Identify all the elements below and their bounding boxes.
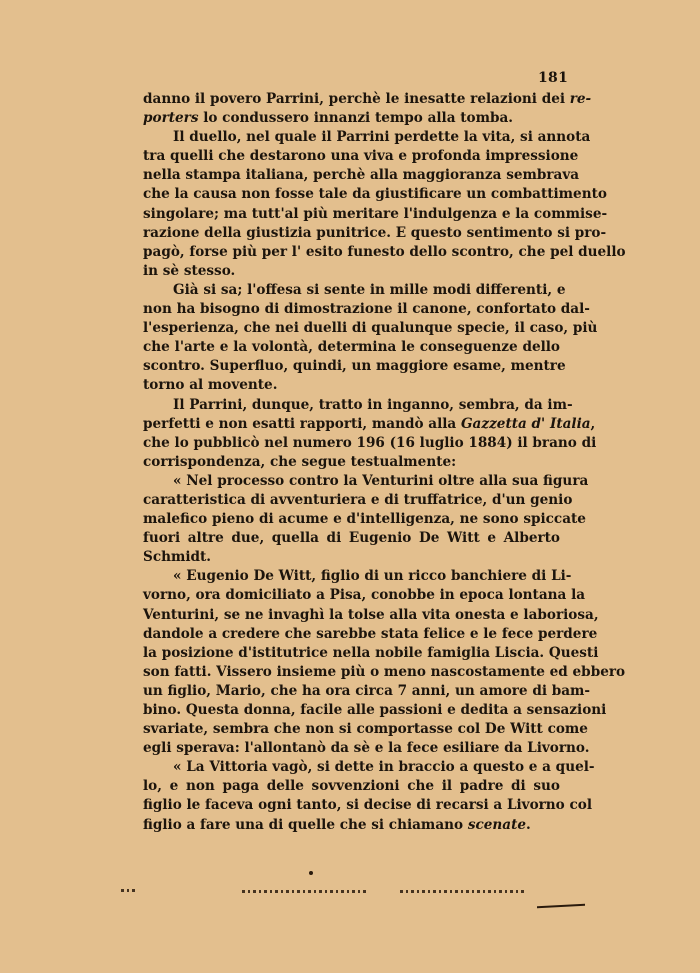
text-run: fuori altre due, quella di Eugenio De Wi… [143,530,560,546]
text-line: scontro. Superfluo, quindi, un maggiore … [143,357,560,376]
text-line: dandole a credere che sarebbe stata feli… [143,625,560,644]
text-line: che lo pubblicò nel numero 196 (16 lugli… [143,434,560,453]
text-line: Il duello, nel quale il Parrini perdette… [143,128,560,147]
text-run: razione della giustizia punitrice. E que… [143,225,606,241]
text-run: figlio le faceva ogni tanto, si decise d… [143,797,592,813]
scan-blemish [400,890,525,893]
text-run: Già si sa; l'offesa si sente in mille mo… [173,282,565,298]
text-run: Il Parrini, dunque, tratto in inganno, s… [173,397,573,413]
text-run: nella stampa italiana, perchè alla maggi… [143,167,579,183]
page-number: 181 [538,70,560,86]
text-run: danno il povero Parrini, perchè le inesa… [143,91,570,107]
text-line: in sè stesso. [143,262,560,281]
text-line: svariate, sembra che non si comportasse … [143,720,560,739]
text-line: l'esperienza, che nei duelli di qualunqu… [143,319,560,338]
text-run: perfetti e non esatti rapporti, mandò al… [143,416,461,432]
text-run: la posizione d'istitutrice nella nobile … [143,645,598,661]
text-run: un figlio, Mario, che ha ora circa 7 ann… [143,683,590,699]
text-line: la posizione d'istitutrice nella nobile … [143,644,560,663]
text-run: , [591,416,596,432]
text-run: in sè stesso. [143,263,235,279]
text-run: che la causa non fosse tale da giustific… [143,186,607,202]
italic-text: Gazzetta d' Italia [461,416,591,432]
text-run: malefico pieno di acume e d'intelligenza… [143,511,586,527]
text-line: caratteristica di avventuriera e di truf… [143,491,560,510]
scanned-book-page: 181 danno il povero Parrini, perchè le i… [0,0,700,973]
text-line: non ha bisogno di dimostrazione il canon… [143,300,560,319]
text-line: son fatti. Vissero insieme più o meno na… [143,663,560,682]
text-run: lo, e non paga delle sovvenzioni che il … [143,778,560,794]
text-line: che l'arte e la volontà, determina le co… [143,338,560,357]
italic-text: re- [570,91,591,107]
text-line: pagò, forse più per l' esito funesto del… [143,243,560,262]
text-line: torno al movente. [143,376,560,395]
text-line: tra quelli che destarono una viva e prof… [143,147,560,166]
text-run: che lo pubblicò nel numero 196 (16 lugli… [143,435,596,451]
text-line: un figlio, Mario, che ha ora circa 7 ann… [143,682,560,701]
text-line: Schmidt. [143,548,560,567]
text-line: danno il povero Parrini, perchè le inesa… [143,90,560,109]
text-run: . [526,817,531,833]
text-line: razione della giustizia punitrice. E que… [143,224,560,243]
text-line: Venturini, se ne invaghì la tolse alla v… [143,606,560,625]
scan-blemish [121,889,135,892]
text-line: « Eugenio De Witt, figlio di un ricco ba… [143,567,560,586]
text-run: son fatti. Vissero insieme più o meno na… [143,664,625,680]
text-run: svariate, sembra che non si comportasse … [143,721,588,737]
text-line: singolare; ma tutt'al più meritare l'ind… [143,205,560,224]
text-run: tra quelli che destarono una viva e prof… [143,148,578,164]
text-run: pagò, forse più per l' esito funesto del… [143,244,626,260]
text-line: figlio le faceva ogni tanto, si decise d… [143,796,560,815]
text-line: vorno, ora domiciliato a Pisa, conobbe i… [143,586,560,605]
text-run: l'esperienza, che nei duelli di qualunqu… [143,320,597,336]
text-run: singolare; ma tutt'al più meritare l'ind… [143,206,607,222]
text-run: bino. Questa donna, facile alle passioni… [143,702,606,718]
text-run: « La Vittoria vagò, si dette in braccio … [173,759,595,775]
text-line: perfetti e non esatti rapporti, mandò al… [143,415,560,434]
text-run: non ha bisogno di dimostrazione il canon… [143,301,590,317]
italic-text: scenate [468,817,526,833]
text-run: caratteristica di avventuriera e di truf… [143,492,572,508]
text-line: egli sperava: l'allontanò da sè e la fec… [143,739,560,758]
text-run: torno al movente. [143,377,277,393]
text-line: figlio a fare una di quelle che si chiam… [143,816,560,835]
text-run: scontro. Superfluo, quindi, un maggiore … [143,358,566,374]
text-run: « Nel processo contro la Venturini oltre… [173,473,588,489]
text-line: corrispondenza, che segue testualmente: [143,453,560,472]
text-run: egli sperava: l'allontanò da sè e la fec… [143,740,589,756]
text-line: che la causa non fosse tale da giustific… [143,185,560,204]
text-run: corrispondenza, che segue testualmente: [143,454,456,470]
text-run: figlio a fare una di quelle che si chiam… [143,817,468,833]
text-run: Il duello, nel quale il Parrini perdette… [173,129,590,145]
body-text: danno il povero Parrini, perchè le inesa… [143,90,560,835]
scan-stroke [537,904,585,909]
text-run: Venturini, se ne invaghì la tolse alla v… [143,607,599,623]
text-line: Il Parrini, dunque, tratto in inganno, s… [143,396,560,415]
text-run: lo condussero innanzi tempo alla tomba. [198,110,513,126]
italic-text: porters [143,110,198,126]
scan-blemish [242,890,367,893]
text-line: fuori altre due, quella di Eugenio De Wi… [143,529,560,548]
text-run: vorno, ora domiciliato a Pisa, conobbe i… [143,587,585,603]
text-run: che l'arte e la volontà, determina le co… [143,339,560,355]
text-line: lo, e non paga delle sovvenzioni che il … [143,777,560,796]
scan-speck [309,871,313,875]
text-line: malefico pieno di acume e d'intelligenza… [143,510,560,529]
text-run: « Eugenio De Witt, figlio di un ricco ba… [173,568,571,584]
text-line: « Nel processo contro la Venturini oltre… [143,472,560,491]
text-line: bino. Questa donna, facile alle passioni… [143,701,560,720]
text-line: porters lo condussero innanzi tempo alla… [143,109,560,128]
text-line: « La Vittoria vagò, si dette in braccio … [143,758,560,777]
text-line: nella stampa italiana, perchè alla maggi… [143,166,560,185]
text-run: Schmidt. [143,549,211,565]
text-line: Già si sa; l'offesa si sente in mille mo… [143,281,560,300]
text-run: dandole a credere che sarebbe stata feli… [143,626,597,642]
